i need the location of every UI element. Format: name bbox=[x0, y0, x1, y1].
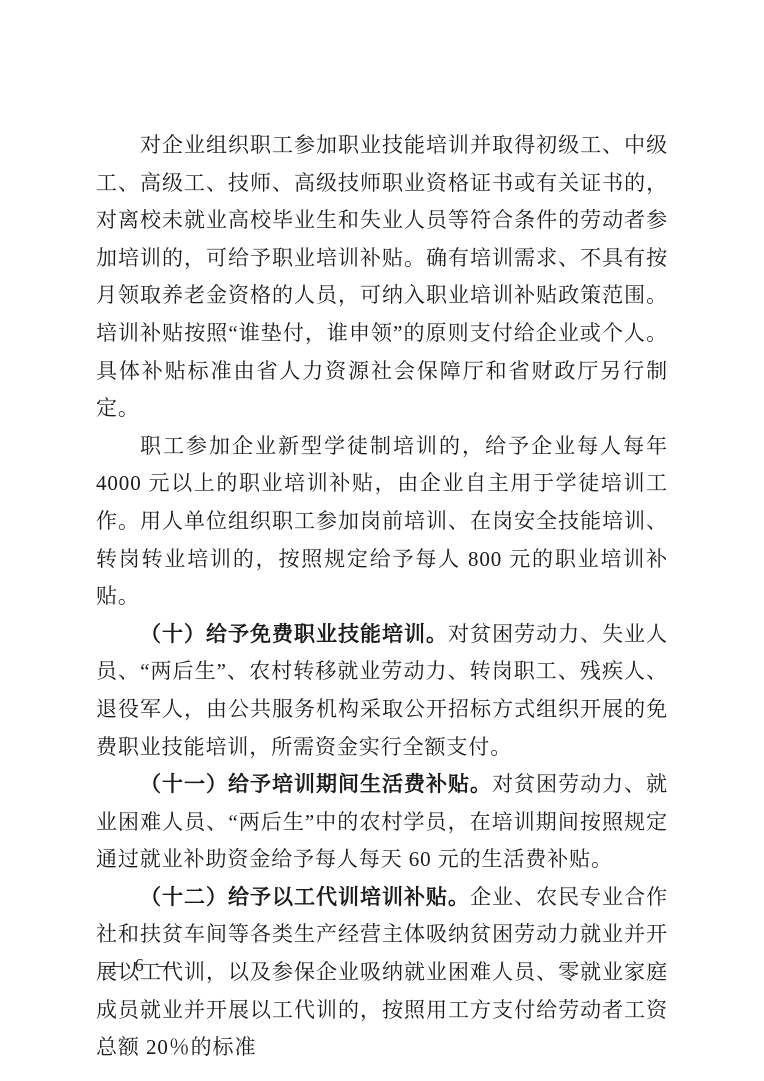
paragraph: （十一）给予培训期间生活费补贴。对贫困劳动力、就业困难人员、“两后生”中的农村学… bbox=[96, 766, 668, 879]
paragraph: （十）给予免费职业技能培训。对贫困劳动力、失业人员、“两后生”、农村转移就业劳动… bbox=[96, 616, 668, 766]
paragraph-text: 对企业组织职工参加职业技能培训并取得初级工、中级工、高级工、技师、高级技师职业资… bbox=[96, 133, 668, 420]
paragraph-text: 职工参加企业新型学徒制培训的，给予企业每人每年 4000 元以上的职业培训补贴，… bbox=[96, 434, 668, 608]
paragraph-lead: （十一）给予培训期间生活费补贴。 bbox=[140, 772, 492, 796]
paragraph-lead: （十二）给予以工代训培训补贴。 bbox=[140, 885, 470, 909]
paragraph-text: 企业、农民专业合作社和扶贫车间等各类生产经营主体吸纳贫困劳动力就业并开展以工代训… bbox=[96, 885, 668, 1059]
paragraph: 职工参加企业新型学徒制培训的，给予企业每人每年 4000 元以上的职业培训补贴，… bbox=[96, 428, 668, 616]
paragraph: （十二）给予以工代训培训补贴。企业、农民专业合作社和扶贫车间等各类生产经营主体吸… bbox=[96, 879, 668, 1067]
document-page: 对企业组织职工参加职业技能培训并取得初级工、中级工、高级工、技师、高级技师职业资… bbox=[0, 0, 764, 1081]
page-number: — 6 — bbox=[104, 955, 176, 976]
paragraph-lead: （十）给予免费职业技能培训。 bbox=[140, 622, 448, 646]
paragraph: 对企业组织职工参加职业技能培训并取得初级工、中级工、高级工、技师、高级技师职业资… bbox=[96, 127, 668, 428]
document-body: 对企业组织职工参加职业技能培训并取得初级工、中级工、高级工、技师、高级技师职业资… bbox=[96, 127, 668, 1067]
